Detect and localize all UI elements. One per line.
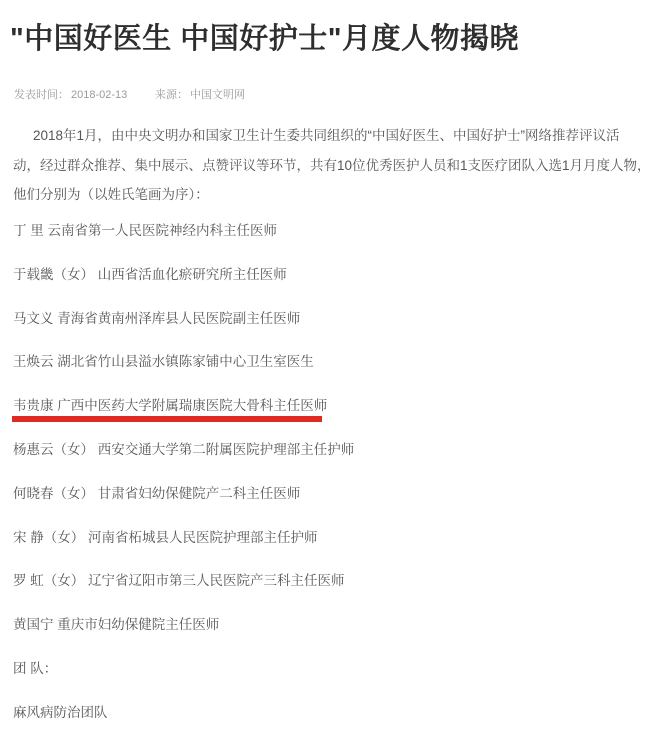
intro-paragraph: 2018年1月，由中央文明办和国家卫生计生委共同组织的“中国好医生、中国好护士”… <box>13 121 645 210</box>
honoree-text: 何晓春（女） 甘肃省妇幼保健院产二科主任医师 <box>13 486 300 501</box>
page-title: "中国好医生 中国好护士"月度人物揭晓 <box>10 20 640 58</box>
source-label: 来源： <box>155 89 188 101</box>
honoree-item: 杨惠云（女） 西安交通大学第二附属医院护理部主任护师 <box>13 435 645 465</box>
highlight-underline <box>12 416 322 422</box>
honoree-text: 马文义 青海省黄南州泽库县人民医院副主任医师 <box>13 311 300 326</box>
article-source: 来源：中国文明网 <box>155 88 245 103</box>
intro-line: 他们分别为（以姓氏笔画为序）： <box>13 180 645 210</box>
honoree-list: 丁 里 云南省第一人民医院神经内科主任医师 于载畿（女） 山西省活血化瘀研究所主… <box>13 216 645 742</box>
honoree-item: 王焕云 湖北省竹山县溢水镇陈家铺中心卫生室医生 <box>13 347 645 377</box>
honoree-text: 宋 静（女） 河南省柘城县人民医院护理部主任护师 <box>13 530 318 545</box>
article-meta: 发表时间：2018-02-13 来源：中国文明网 <box>14 88 634 104</box>
honoree-text: 丁 里 云南省第一人民医院神经内科主任医师 <box>13 223 277 238</box>
team-name: 麻风病防治团队 <box>13 698 645 728</box>
honoree-item: 马文义 青海省黄南州泽库县人民医院副主任医师 <box>13 304 645 334</box>
publish-time-label: 发表时间： <box>14 89 69 101</box>
honoree-text: 韦贵康 广西中医药大学附属瑞康医院大骨科主任医师 <box>13 398 327 413</box>
honoree-text: 罗 虹（女） 辽宁省辽阳市第三人民医院产三科主任医师 <box>13 573 345 588</box>
intro-line: 动，经过群众推荐、集中展示、点赞评议等环节，共有10位优秀医护人员和1支医疗团队… <box>13 151 645 181</box>
honoree-text: 杨惠云（女） 西安交通大学第二附属医院护理部主任护师 <box>13 442 354 457</box>
honoree-item-highlighted: 韦贵康 广西中医药大学附属瑞康医院大骨科主任医师 <box>13 391 645 421</box>
honoree-item: 丁 里 云南省第一人民医院神经内科主任医师 <box>13 216 645 246</box>
article-page: "中国好医生 中国好护士"月度人物揭晓 发表时间：2018-02-13 来源：中… <box>0 0 652 756</box>
honoree-item: 黄国宁 重庆市妇幼保健院主任医师 <box>13 610 645 640</box>
intro-line: 2018年1月，由中央文明办和国家卫生计生委共同组织的“中国好医生、中国好护士”… <box>13 121 645 151</box>
honoree-item: 于载畿（女） 山西省活血化瘀研究所主任医师 <box>13 260 645 290</box>
honoree-item: 宋 静（女） 河南省柘城县人民医院护理部主任护师 <box>13 523 645 553</box>
source-value: 中国文明网 <box>190 89 245 101</box>
publish-time: 发表时间：2018-02-13 <box>14 88 127 103</box>
honoree-text: 于载畿（女） 山西省活血化瘀研究所主任医师 <box>13 267 287 282</box>
honoree-text: 黄国宁 重庆市妇幼保健院主任医师 <box>13 617 219 632</box>
honoree-item: 罗 虹（女） 辽宁省辽阳市第三人民医院产三科主任医师 <box>13 566 645 596</box>
honoree-text: 王焕云 湖北省竹山县溢水镇陈家铺中心卫生室医生 <box>13 354 314 369</box>
team-section-label: 团 队： <box>13 654 645 684</box>
honoree-item: 何晓春（女） 甘肃省妇幼保健院产二科主任医师 <box>13 479 645 509</box>
publish-time-value: 2018-02-13 <box>71 89 127 101</box>
